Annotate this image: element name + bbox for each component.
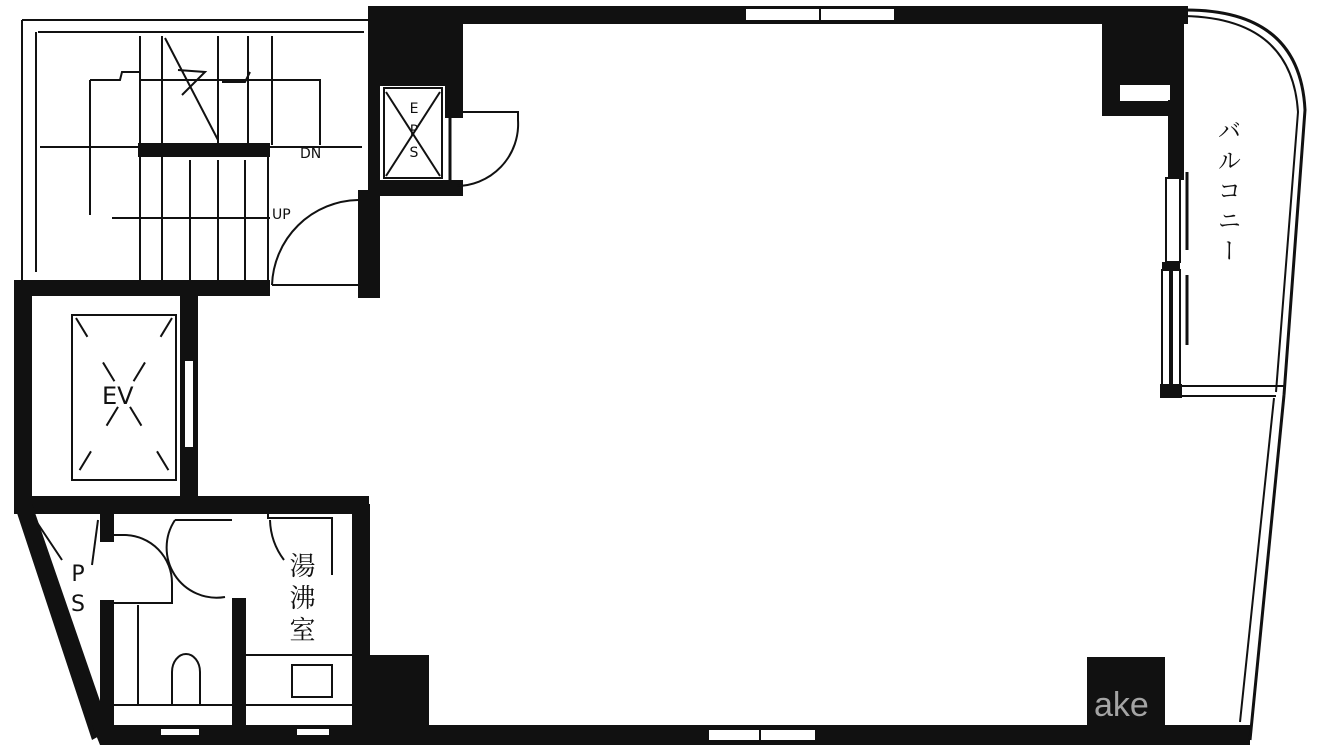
stair-landing — [138, 143, 270, 157]
toilet-door-2 — [167, 520, 232, 598]
bottom-window — [708, 729, 816, 741]
stair-bottom-wall — [14, 280, 270, 296]
pipe-shaft-label: P S — [68, 560, 88, 620]
ev-bottom-wall — [14, 496, 369, 514]
elevator-label: EV — [102, 382, 134, 410]
kitchenette-label: 湯沸室 — [282, 552, 319, 648]
column-top-left — [368, 6, 463, 86]
floor-plan — [0, 0, 1318, 756]
toilet-right-wall — [232, 598, 246, 730]
eps-door — [452, 112, 518, 186]
toilet-left-wall — [100, 600, 114, 730]
kitchenette-right-wall — [352, 504, 370, 660]
right-slanted-wall — [1250, 395, 1284, 740]
eps-label: E P S — [407, 98, 421, 164]
stair-down-label: DN — [300, 146, 321, 162]
balcony-window — [1166, 178, 1180, 262]
toilet-bowl — [172, 654, 200, 705]
watermark: ake — [1094, 686, 1149, 725]
balcony-label: バルコニー — [1210, 118, 1245, 268]
ev-left-wall — [14, 280, 32, 505]
stair-up-label: UP — [272, 207, 291, 223]
bottom-wall — [92, 725, 1250, 745]
column-bottom-left — [352, 655, 429, 733]
sink — [292, 665, 332, 697]
stair-right-wall — [358, 190, 380, 298]
toilet-door-1 — [112, 535, 172, 603]
